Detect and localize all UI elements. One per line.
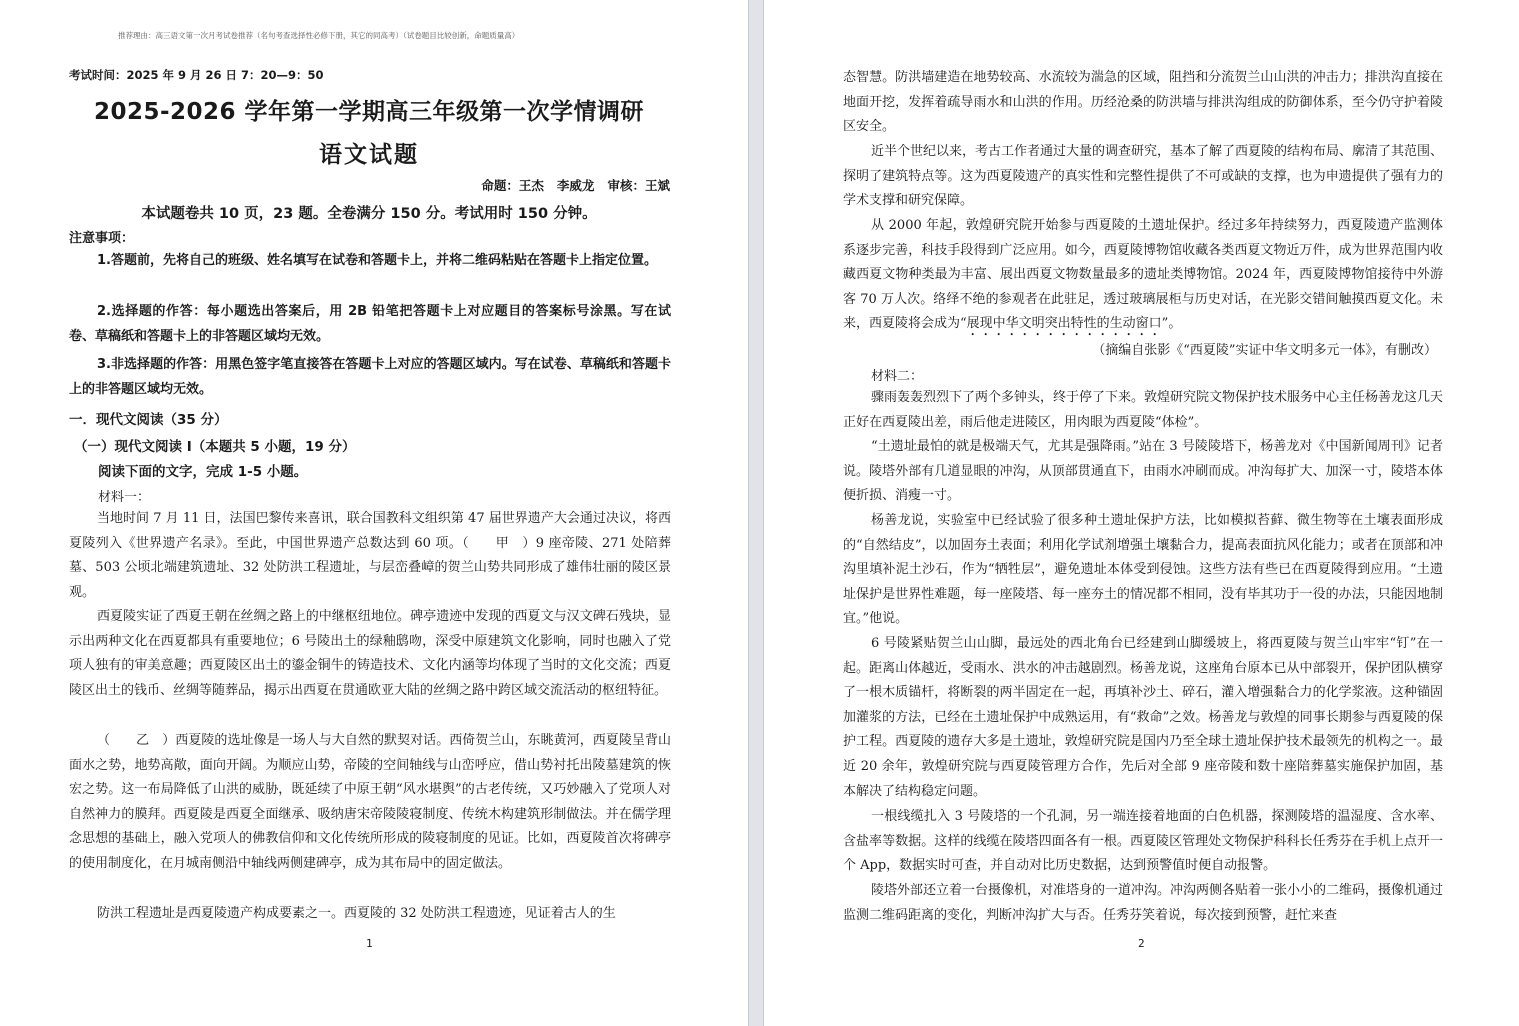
paragraph: 6 号陵紧贴贺兰山山脚，最远处的西北角台已经建到山脚缓坡上，将西夏陵与贺兰山牢牢… (843, 632, 1443, 804)
page-number: 1 (366, 937, 373, 950)
notes-heading: 注意事项： (69, 227, 134, 246)
page-number: 2 (1138, 937, 1145, 950)
paragraph: 骤雨轰轰烈烈下了两个多钟头，终于停了下来。敦煌研究院文物保护技术服务中心主任杨善… (843, 386, 1443, 435)
exam-time: 考试时间：2025 年 9 月 26 日 7：20—9：50 (69, 67, 324, 83)
paragraph: 当地时间 7 月 11 日，法国巴黎传来喜讯，联合国教科文组织第 47 届世界遗… (69, 507, 671, 605)
exam-title: 2025-2026 学年第一学期高三年级第一次学情调研 (69, 93, 669, 126)
exam-summary: 本试题卷共 10 页，23 题。全卷满分 150 分。考试用时 150 分钟。 (69, 202, 669, 223)
page-gutter (748, 0, 764, 1026)
paragraph-text: ”。 (1162, 316, 1182, 331)
paragraph: “土遗址最怕的就是极端天气，尤其是强降雨。”站在 3 号陵陵塔下，杨善龙对《中国… (843, 435, 1443, 509)
paragraph: 西夏陵实证了西夏王朝在丝绸之路上的中继枢纽地位。碑亭遗迹中发现的西夏文与汉文碑石… (69, 605, 671, 703)
recommend-note: 推荐理由：高三语文第一次月考试卷推荐（名句考查选择性必修下册，其它的同高考）（试… (118, 30, 519, 41)
note-item: 2.选择题的作答：每小题选出答案后，用 2B 铅笔把答题卡上对应题目的答案标号涂… (69, 299, 671, 349)
paragraph-text: 从 2000 年起，敦煌研究院开始参与西夏陵的土遗址保护。经过多年持续努力，西夏… (843, 218, 1443, 331)
exam-subtitle: 语文试题 (69, 136, 669, 169)
note-item: 1.答题前，先将自己的班级、姓名填写在试卷和答题卡上，并将二维码粘贴在答题卡上指… (69, 248, 671, 273)
paragraph: 一根线缆扎入 3 号陵塔的一个孔洞，另一端连接着地面的白色机器，探测陵塔的温湿度… (843, 805, 1443, 879)
reading-instruction: 阅读下面的文字，完成 1-5 小题。 (98, 460, 307, 480)
section-heading: 一．现代文阅读（35 分） (69, 408, 228, 428)
note-item: 3.非选择题的作答：用黑色签字笔直接答在答题卡上对应的答题区域内。写在试卷、草稿… (69, 352, 671, 402)
paragraph: 杨善龙说，实验室中已经试验了很多种土遗址保护方法，比如模拟苔藓、微生物等在土壤表… (843, 509, 1443, 632)
paragraph: （ 乙 ）西夏陵的选址像是一场人与大自然的默契对话。西倚贺兰山，东眺黄河，西夏陵… (69, 729, 671, 877)
emphasized-phrase: 展现中华文明突出特性的生动窗口 (967, 316, 1162, 331)
material-1-label: 材料一： (98, 486, 150, 505)
paragraph: 近半个世纪以来，考古工作者通过大量的调查研究，基本了解了西夏陵的结构布局、廓清了… (843, 140, 1443, 214)
material-2-label: 材料二： (871, 365, 923, 384)
paragraph: 从 2000 年起，敦煌研究院开始参与西夏陵的土遗址保护。经过多年持续努力，西夏… (843, 214, 1443, 339)
exam-authors: 命题：王杰 李威龙 审核：王斌 (481, 176, 670, 194)
paragraph: 防洪工程遗址是西夏陵遗产构成要素之一。西夏陵的 32 处防洪工程遗迹，见证着古人… (69, 902, 671, 927)
source-citation: （摘编自张影《“西夏陵”实证中华文明多元一体》，有删改） (1092, 339, 1437, 358)
subsection-heading: （一）现代文阅读 I（本题共 5 小题，19 分） (74, 435, 356, 455)
paragraph: 态智慧。防洪墙建造在地势较高、水流较为湍急的区域，阻挡和分流贺兰山山洪的冲击力；… (843, 66, 1443, 140)
document-page-2: 态智慧。防洪墙建造在地势较高、水流较为湍急的区域，阻挡和分流贺兰山山洪的冲击力；… (764, 0, 1519, 1026)
document-page-1: 推荐理由：高三语文第一次月考试卷推荐（名句考查选择性必修下册，其它的同高考）（试… (0, 0, 748, 1026)
paragraph: 陵塔外部还立着一台摄像机，对准塔身的一道冲沟。冲沟两侧各贴着一张小小的二维码，摄… (843, 879, 1443, 928)
